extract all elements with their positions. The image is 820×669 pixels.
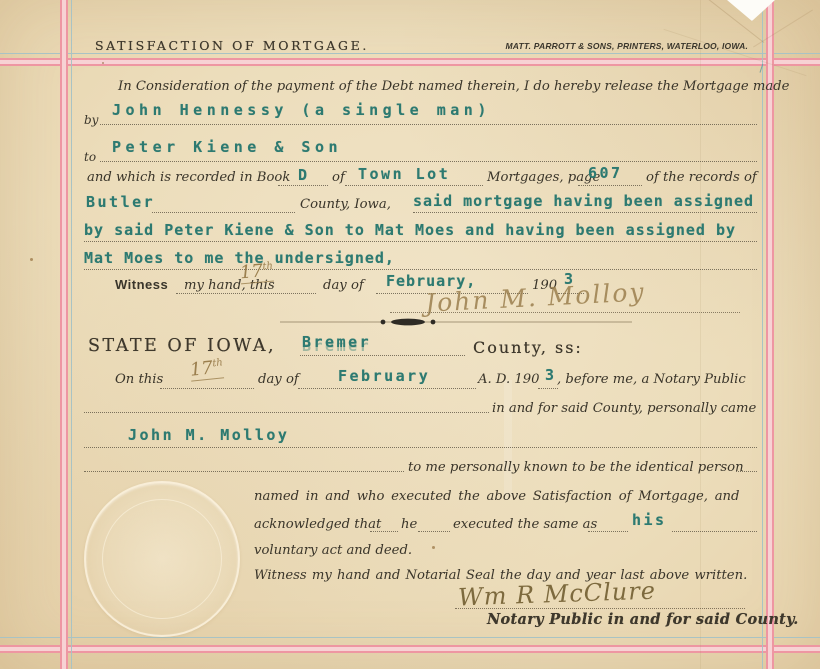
- fill-line: [370, 530, 398, 532]
- notary-line-2: in and for said County, personally came: [492, 401, 756, 417]
- form-title: SATISFACTION OF MORTGAGE.: [95, 38, 369, 53]
- county-value: Butler: [86, 193, 155, 211]
- left-rule-blue: [71, 0, 72, 669]
- known-label: to me personally known to be the identic…: [408, 460, 744, 476]
- handwritten-day-2: 17th: [189, 356, 224, 380]
- paper-speck: [432, 546, 435, 549]
- fill-line: [300, 354, 465, 356]
- county-ss-label: County, ss:: [473, 338, 583, 357]
- fill-line: [413, 211, 757, 213]
- paper-stain: [504, 380, 512, 500]
- fill-line: [538, 387, 558, 389]
- notary-title: Notary Public in and for said County.: [487, 611, 799, 628]
- fill-line: [345, 184, 483, 186]
- paper-speck: [102, 62, 104, 64]
- fill-line: [278, 184, 328, 186]
- book-pre-label: and which is recorded in Book: [87, 170, 290, 186]
- county-iowa-label: County, Iowa,: [300, 197, 391, 213]
- before-label: , before me, a Notary Public: [557, 372, 746, 388]
- day-of-label-2: day of: [258, 372, 299, 388]
- fill-line: [100, 160, 757, 162]
- signature-line: [390, 311, 740, 313]
- ad-label: A. D. 190: [478, 372, 540, 388]
- witness-label: Witness: [115, 277, 168, 292]
- fill-line: [160, 387, 254, 389]
- bottom-rule-blue: [0, 637, 820, 638]
- ack-pre-label: acknowledged that: [254, 517, 381, 533]
- fill-line: [736, 470, 757, 472]
- his-value: his: [632, 511, 667, 529]
- book-value: D: [298, 166, 310, 184]
- right-rule-pink: [766, 0, 774, 669]
- assigned-line-2: by said Peter Kiene & Son to Mat Moes an…: [84, 221, 736, 239]
- person-name: John M. Molloy: [128, 426, 289, 444]
- day-of-label: day of: [323, 278, 364, 294]
- fill-line: [298, 387, 476, 389]
- handwritten-day: 17th: [239, 260, 274, 284]
- seal-inner-ring: [102, 499, 222, 619]
- fill-line: [588, 530, 628, 532]
- left-rule-pink: [60, 0, 68, 669]
- fill-line: [84, 268, 757, 270]
- book-type-value: Town Lot: [358, 165, 450, 183]
- embossed-notary-seal: [84, 481, 240, 637]
- day-suffix: th: [262, 261, 273, 273]
- day-number: 17: [239, 260, 264, 283]
- on-this-label: On this: [115, 372, 163, 388]
- fill-line: [176, 292, 316, 294]
- day-number: 17: [189, 357, 214, 380]
- mortgagor-name: John Hennessy (a single man): [112, 101, 491, 119]
- voluntary-label: voluntary act and deed.: [254, 543, 412, 559]
- page-value: 607: [588, 164, 623, 182]
- notary-signature-line: [455, 607, 745, 609]
- notary-year-digit: 3: [545, 366, 555, 384]
- state-label: STATE OF IOWA,: [88, 336, 276, 356]
- of-label: of: [332, 170, 345, 186]
- fill-line: [100, 123, 757, 125]
- fill-line: [84, 240, 757, 242]
- notary-county-value: Bremer: [302, 333, 371, 351]
- fill-line: [578, 184, 642, 186]
- records-label: of the records of: [646, 170, 757, 186]
- fill-line: [84, 446, 757, 448]
- right-rule-blue: [762, 0, 763, 669]
- paper-speck: [30, 258, 33, 261]
- fill-line: [84, 411, 489, 413]
- fill-line: [672, 530, 757, 532]
- he-label: he: [401, 517, 417, 533]
- mortgagee-name: Peter Kiene & Son: [112, 138, 342, 156]
- document-page: SATISFACTION OF MORTGAGE. MATT. PARROTT …: [0, 0, 820, 669]
- intro-line: In Consideration of the payment of the D…: [118, 79, 789, 95]
- top-rule-blue: [0, 53, 820, 54]
- top-rule-pink: [0, 58, 820, 66]
- named-label: named in and who executed the above Sati…: [254, 489, 740, 505]
- fill-line: [152, 211, 295, 213]
- day-suffix: th: [212, 357, 223, 369]
- divider-ornament-icon: [280, 316, 632, 328]
- notary-month-value: February: [338, 367, 430, 385]
- fill-line: [418, 530, 450, 532]
- printer-credit: MATT. PARROTT & SONS, PRINTERS, WATERLOO…: [430, 41, 748, 51]
- fill-line: [84, 470, 404, 472]
- ack-mid-label: executed the same as: [453, 517, 597, 533]
- to-label: to: [84, 151, 96, 163]
- by-label: by: [84, 114, 98, 126]
- bottom-rule-pink: [0, 645, 820, 653]
- assigned-line-1: said mortgage having been assigned: [413, 192, 754, 210]
